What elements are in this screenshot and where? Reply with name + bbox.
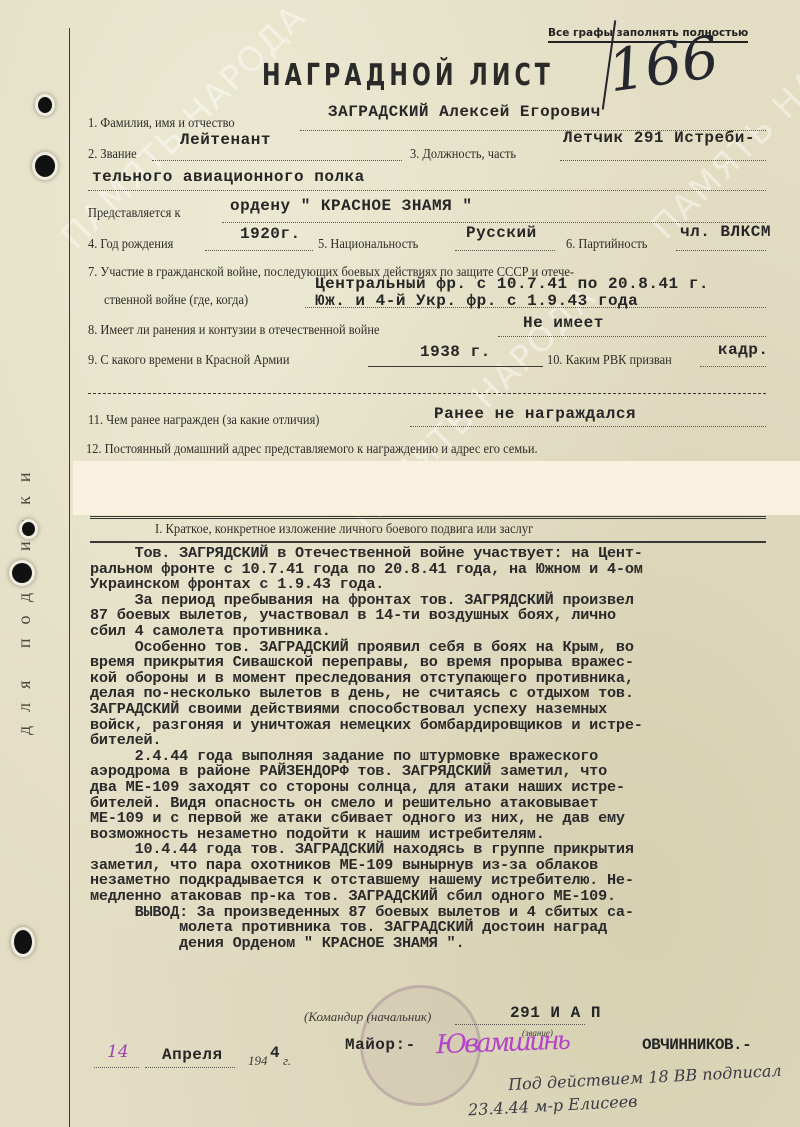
- commander-label: (Командир (начальник): [304, 1009, 431, 1025]
- field-7-label-line2: ственной войне (где, когда): [104, 292, 248, 308]
- redacted-address-area: [73, 461, 800, 515]
- feat-line: дения Орденом " КРАСНОЕ ЗНАМЯ ".: [90, 936, 800, 952]
- field-11-label: 11. Чем ранее награжден (за какие отличи…: [88, 412, 319, 428]
- field-10-line-2: [88, 393, 766, 394]
- presented-for-label: Представляется к: [88, 205, 181, 221]
- date-month: Апреля: [162, 1046, 223, 1064]
- field-6-party: чл. ВЛКСМ: [680, 223, 771, 241]
- binding-margin-line: [69, 28, 70, 1127]
- section-heading-rule: [90, 541, 766, 543]
- date-year-suffix: 4: [270, 1044, 280, 1062]
- field-5-nationality: Русский: [466, 224, 537, 242]
- field-2-rank: Лейтенант: [180, 131, 271, 149]
- feat-description: Тов. ЗАГРЯДСКИЙ в Отечественной войне уч…: [90, 546, 800, 951]
- field-6-label: 6. Партийность: [566, 236, 647, 252]
- section-top-rule: [90, 516, 766, 519]
- field-1-label: 1. Фамилия, имя и отчество: [88, 115, 235, 131]
- section-heading: I. Краткое, конкретное изложение личного…: [155, 522, 533, 538]
- field-3-position-line2: тельного авиационного полка: [92, 168, 365, 186]
- date-year-unit: г.: [283, 1053, 291, 1069]
- field-1-full-name: ЗАГРАДСКИЙ Алексей Егорович: [328, 103, 601, 121]
- field-8-label: 8. Имеет ли ранения и контузии в отечест…: [88, 322, 380, 338]
- field-10-draft-office: кадр.: [718, 341, 769, 359]
- commander-unit: 291 И А П: [510, 1004, 601, 1022]
- field-11-prior-awards: Ранее не награждался: [434, 405, 636, 423]
- field-3-label: 3. Должность, часть: [410, 146, 516, 162]
- field-3-position-line1: Летчик 291 Истреби-: [563, 129, 755, 147]
- field-3-line: [560, 160, 766, 161]
- field-10-label: 10. Каким РВК призван: [547, 352, 672, 368]
- field-9-label: 9. С какого времени в Красной Армии: [88, 352, 289, 368]
- handwritten-signoff-line1: Под действием 18 ВВ подписал: [508, 1061, 782, 1094]
- date-month-line: [145, 1067, 235, 1068]
- handwritten-signoff-line2: 23.4.44 м-р Елисеев: [468, 1092, 638, 1120]
- field-11-line: [410, 426, 766, 427]
- field-8-wounds: Не имеет: [523, 314, 604, 332]
- date-year-prefix: 194: [248, 1053, 268, 1069]
- punch-hole: [22, 522, 35, 536]
- field-2-line: [152, 160, 402, 161]
- field-6-line: [676, 250, 766, 251]
- punch-hole: [14, 930, 32, 954]
- field-4-label: 4. Год рождения: [88, 236, 173, 252]
- feat-line: войск, разгоняя и уничтожая немецких бом…: [90, 718, 800, 734]
- field-9-since: 1938 г.: [420, 343, 491, 361]
- binding-margin-note: для подшивки: [14, 458, 35, 735]
- commander-rank: Майор:-: [345, 1036, 416, 1054]
- award-sheet-page: ПАМЯТЬ НАРОДА ПАМЯТЬ НАРОДА ПАМЯТЬ НАРОД…: [0, 0, 800, 1127]
- presented-for-award: ордену " КРАСНОЕ ЗНАМЯ ": [230, 197, 472, 215]
- date-day: 14: [107, 1042, 129, 1062]
- field-8-line: [498, 336, 766, 337]
- commander-signature: Ювамшинь: [436, 1026, 569, 1061]
- field-4-line: [205, 250, 313, 251]
- punch-hole: [12, 563, 32, 583]
- punch-hole: [38, 97, 52, 113]
- field-7-service-line1: Центральный фр. с 10.7.41 по 20.8.41 г.: [315, 275, 709, 293]
- commander-name: ОВЧИННИКОВ.-: [642, 1036, 751, 1054]
- field-4-birth-year: 1920г.: [240, 225, 301, 243]
- punch-hole: [35, 155, 55, 177]
- field-3-line-2: [88, 190, 766, 191]
- field-7-service-line2: Юж. и 4-й Укр. фр. с 1.9.43 года: [315, 292, 638, 310]
- date-day-line: [94, 1067, 139, 1068]
- field-5-line: [455, 250, 555, 251]
- field-9-line: [368, 366, 543, 367]
- field-10-line: [700, 366, 766, 367]
- field-2-label: 2. Звание: [88, 146, 137, 162]
- document-title: НАГРАДНОЙ ЛИСТ: [262, 58, 554, 93]
- handwritten-sheet-number: 166: [604, 23, 723, 106]
- field-5-label: 5. Национальность: [318, 236, 418, 252]
- field-12-label: 12. Постоянный домашний адрес представля…: [86, 441, 538, 457]
